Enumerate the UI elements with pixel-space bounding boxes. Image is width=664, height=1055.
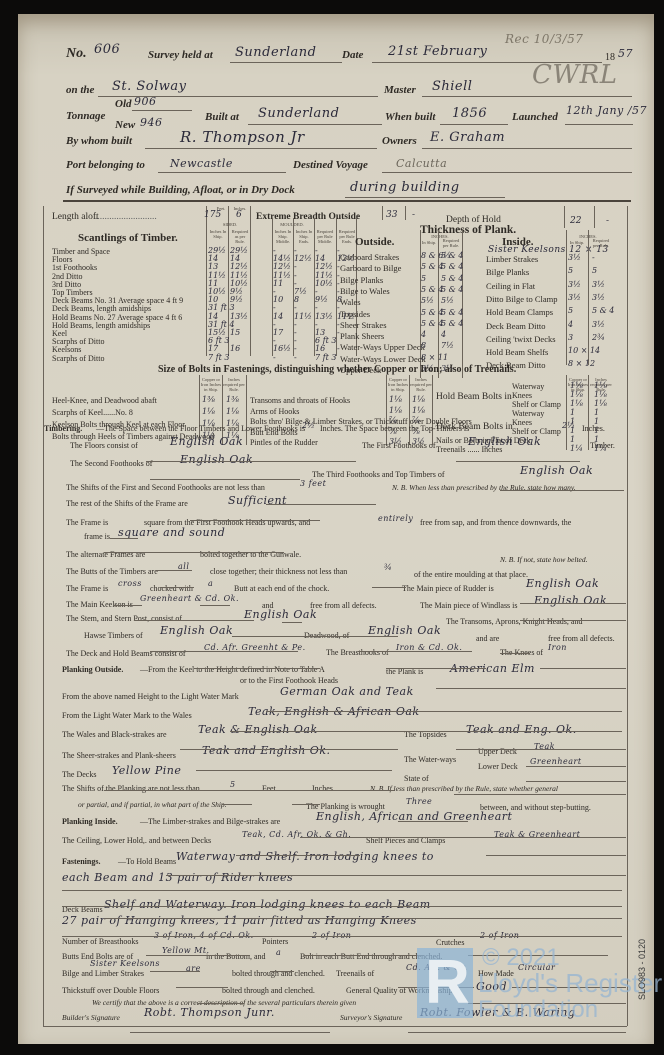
outside-plank-rule: 4 bbox=[441, 330, 446, 339]
inside-plank-ship: 8 × 12 bbox=[568, 359, 595, 368]
text: in the Bottom, and bbox=[206, 952, 266, 961]
text: close together; their thickness not less… bbox=[210, 567, 347, 576]
text: Treenails of bbox=[336, 969, 374, 978]
bolt-ship: 1⅛ bbox=[570, 390, 583, 399]
destined-voyage-value: Calcutta bbox=[396, 157, 447, 170]
sheer-value: Teak and English Ok. bbox=[202, 744, 331, 757]
text: Lower Deck bbox=[478, 762, 518, 771]
text: —The Space between the Floor Timbers and… bbox=[96, 424, 305, 433]
bolt-label: Pintles of the Rudder bbox=[250, 438, 318, 447]
bolt-label: Shelf or Clamp bbox=[512, 400, 561, 409]
column-header: Inches In Ship. Ends. bbox=[294, 229, 314, 244]
outside-plank-label: Garboard to Bilge bbox=[340, 263, 401, 273]
inside-plank-ship: 3½ bbox=[568, 253, 581, 262]
column-header: Required as per Rule. bbox=[230, 229, 250, 244]
knees-value: Iron bbox=[548, 643, 567, 652]
text: of the entire moulding at that place. bbox=[414, 570, 528, 579]
decks-value: Yellow Pine bbox=[112, 764, 181, 777]
master-label: Master bbox=[384, 84, 416, 96]
breadth-feet: 33 bbox=[386, 210, 397, 220]
text: The Frame is bbox=[66, 584, 108, 593]
text: frame is bbox=[84, 532, 110, 541]
text: Surveyor's Signature bbox=[340, 1013, 402, 1022]
outside-plank-label: Bilge to Wales bbox=[340, 286, 390, 296]
text: a bbox=[276, 948, 281, 957]
text: The Water-ways bbox=[404, 755, 456, 764]
main-keelson-value: Greenheart & Cd. Ok. bbox=[140, 594, 239, 603]
inside-plank-ship: 3½ bbox=[568, 280, 581, 289]
text: free from sap, and from thence downwards… bbox=[420, 518, 571, 527]
text: a bbox=[208, 579, 213, 588]
text: The First Foothooks of bbox=[362, 441, 436, 450]
deck-beams-value-2: 27 pair of Hanging knees, 11 pair fitted… bbox=[62, 914, 417, 927]
planking-outside-heading: Planking Outside. bbox=[62, 665, 123, 674]
scantlings-title: Scantlings of Timber. bbox=[78, 232, 178, 244]
date-label: Date bbox=[342, 49, 363, 61]
inside-plank-rule: 3½ bbox=[592, 293, 605, 302]
shifts-feet-value: 5 bbox=[230, 780, 236, 789]
note: N. B. If less than prescribed by the Rul… bbox=[370, 784, 558, 793]
inside-plank-rule: - bbox=[592, 253, 595, 262]
launched-label: Launched bbox=[512, 111, 558, 123]
text: Inches. bbox=[582, 424, 605, 433]
outside-title: Outside. bbox=[355, 236, 394, 248]
outside-plank-label: Garboard Strakes bbox=[340, 252, 399, 262]
planking-inside-heading: Planking Inside. bbox=[62, 817, 118, 826]
outside-plank-rule: 5 & 4 bbox=[441, 262, 463, 271]
bolts-title: Size of Bolts in Fastenings, distinguish… bbox=[158, 364, 516, 375]
tonnage-new-value: 946 bbox=[140, 116, 163, 129]
inside-plank-label: Ditto Bilge to Clamp bbox=[486, 294, 558, 304]
rest-shifts-value: Sufficient bbox=[228, 494, 287, 507]
moulded-header: MOULDED. bbox=[262, 222, 322, 227]
on-the-label: on the bbox=[66, 84, 94, 96]
column-header: Required per Rule Ends. bbox=[337, 229, 357, 244]
scantling-value: 7 ft 3 bbox=[315, 353, 336, 362]
master-value: Shiell bbox=[432, 79, 472, 94]
text: and are bbox=[476, 634, 499, 643]
surveyed-while-value: during building bbox=[350, 180, 460, 195]
text: The Shifts of the First and Second Footh… bbox=[66, 483, 265, 492]
shifts-value: 3 feet bbox=[300, 479, 326, 488]
text: The Second Foothooks of bbox=[70, 459, 152, 468]
inside-plank-rule: 5 bbox=[592, 266, 597, 275]
inside-plank-ship: 3½ bbox=[568, 293, 581, 302]
text: chocked with bbox=[150, 584, 193, 593]
text: Butt at each end of the chock. bbox=[234, 584, 329, 593]
timbering-heading: Timbering. bbox=[44, 424, 82, 433]
text: —From the Keel to the Height defined in … bbox=[140, 665, 325, 674]
outside-plank-label: Water-Ways Lower Deck bbox=[340, 354, 426, 364]
first-foothooks-value: English Oak bbox=[468, 435, 541, 448]
owners-value: E. Graham bbox=[430, 130, 505, 145]
launched-value: 12th Jany /57 bbox=[566, 104, 647, 117]
text: Builder's Signature bbox=[62, 1013, 120, 1022]
surveyed-while-label: If Surveyed while Building, Afloat, or i… bbox=[66, 184, 295, 196]
scantling-label: Scarphs of Ditto bbox=[52, 354, 104, 363]
outside-plank-rule: 7½ bbox=[441, 341, 454, 350]
hold-beam-bolts-label: Hold Beam Bolts in bbox=[436, 392, 512, 402]
column-header: Required per Rule Middle. bbox=[315, 229, 335, 244]
above-value: German Oak and Teak bbox=[280, 685, 414, 698]
column-header: Inches In Ship. bbox=[208, 229, 228, 239]
scantling-value: 7 ft 3 bbox=[208, 353, 229, 362]
hold-beams-value: Waterway and Shelf. Iron lodging knees t… bbox=[176, 850, 434, 863]
bolt-ship: 1⅛ bbox=[389, 395, 402, 404]
inside-plank-ship: 5 bbox=[568, 306, 573, 315]
bolt-label: Waterway bbox=[512, 409, 544, 418]
butt-bolts-value: Yellow Mt. bbox=[162, 946, 210, 955]
bolt-label: Waterway bbox=[512, 382, 544, 391]
toptimber-space-value: 2½ bbox=[562, 421, 575, 430]
watermark-org-name: Lloyd's Register bbox=[478, 968, 662, 999]
topsides-value: Teak and Eng. Ok. bbox=[466, 723, 577, 736]
when-built-value: 1856 bbox=[452, 106, 487, 121]
bolt-rule: 1⅛ bbox=[594, 399, 607, 408]
inside-plank-rule: 3½ bbox=[592, 280, 605, 289]
text: Feet bbox=[262, 784, 276, 793]
text: The Main piece of Windlass is bbox=[420, 601, 518, 610]
text: Inches. The Space between the Top-Timber… bbox=[320, 424, 469, 433]
floors-value: English Oak bbox=[170, 435, 243, 448]
scantling-value: 16 bbox=[230, 344, 240, 353]
inside-plank-ship: 10 × 14 bbox=[568, 346, 600, 355]
scantling-value: - bbox=[273, 353, 276, 362]
third-foothooks-value: English Oak bbox=[520, 464, 593, 477]
sided-header: SIDED. bbox=[212, 222, 248, 227]
second-foothooks-value: English Oak bbox=[180, 453, 253, 466]
bilge-note: Sister Keelsons bbox=[90, 959, 160, 968]
bolt-ship: 1⅜ bbox=[202, 395, 215, 404]
text: bolted through and clenched. bbox=[222, 986, 315, 995]
outside-plank-rule: 5 & 4 bbox=[441, 274, 463, 283]
bolt-rule: 1⅛ bbox=[594, 390, 607, 399]
date-value: 21st February bbox=[388, 44, 487, 59]
tonnage-label: Tonnage bbox=[66, 110, 105, 122]
inside-plank-label: Hold Beam Clamps bbox=[486, 307, 553, 317]
outside-plank-ship: 4 bbox=[421, 330, 426, 339]
text: Thickstuff over Double Floors bbox=[62, 986, 159, 995]
inside-plank-label: Deck Beam Ditto bbox=[486, 321, 545, 331]
ship-name: St. Solway bbox=[112, 79, 187, 94]
watermark-foundation: Foundation bbox=[478, 996, 598, 1024]
text: Inches. bbox=[312, 784, 335, 793]
owners-label: Owners bbox=[382, 135, 417, 147]
scantling-value: 15 bbox=[230, 328, 240, 337]
length-aloft-label: Length aloft bbox=[52, 212, 99, 222]
depth-inches: - bbox=[606, 216, 609, 226]
bolt-ship: 1 bbox=[570, 408, 575, 417]
text: The Third Foothooks and Top Timbers of bbox=[312, 470, 444, 479]
bolt-rule: 1⅛ bbox=[412, 395, 425, 404]
survey-number: 606 bbox=[94, 42, 120, 57]
text: The Frame is bbox=[66, 518, 108, 527]
depth-feet: 22 bbox=[570, 216, 581, 226]
text: State of bbox=[404, 774, 429, 783]
text: entirely bbox=[378, 514, 413, 523]
outside-plank-rule: 5 & 4 bbox=[441, 285, 463, 294]
bolt-label: Heel-Knee, and Deadwood abaft bbox=[52, 396, 157, 405]
text: The Breasthooks of bbox=[326, 648, 389, 657]
breadth-inches: - bbox=[412, 210, 415, 220]
text: The rest of the Shifts of the Frame are bbox=[66, 499, 188, 508]
bolt-label: Transoms and throats of Hooks bbox=[250, 396, 350, 405]
length-inches: 6 bbox=[236, 210, 242, 220]
bolt-rule: 1⅜ bbox=[226, 395, 239, 404]
port-value: Newcastle bbox=[170, 157, 233, 170]
text: free from all defects. bbox=[310, 601, 377, 610]
note: N. B. If not, state how belted. bbox=[500, 555, 588, 564]
outside-plank-label: Bilge Planks bbox=[340, 275, 383, 285]
outside-plank-ship: 5½ bbox=[421, 296, 434, 305]
inside-plank-label: Limber Strakes bbox=[486, 254, 538, 264]
bolt-rule: 1⅛ bbox=[226, 407, 239, 416]
bolt-ship: 1 bbox=[570, 435, 575, 444]
lloyds-register-logo: R bbox=[417, 948, 473, 1018]
inside-plank-ship: 5 bbox=[568, 266, 573, 275]
bolt-label: Knees bbox=[512, 391, 532, 400]
hold-beams-value-2: each Beam and 13 pair of Rider knees bbox=[62, 871, 293, 884]
outside-plank-rule: 5 & 4 bbox=[441, 319, 463, 328]
bolt-label: Arms of Hooks bbox=[250, 407, 299, 416]
built-at-value: Sunderland bbox=[258, 106, 339, 121]
outside-plank-rule: 5½ bbox=[441, 296, 454, 305]
scantling-value: - bbox=[294, 353, 297, 362]
outside-plank-label: Sheer Strakes bbox=[340, 320, 387, 330]
initials-annotation: CWRL bbox=[532, 60, 617, 90]
text: The Floors consist of bbox=[70, 441, 138, 450]
text: Pointers bbox=[262, 937, 288, 946]
text: Hawse Timbers of bbox=[84, 631, 143, 640]
note: or partial, and if partial, in what part… bbox=[78, 800, 227, 809]
outside-plank-rule: 5 & 4 bbox=[441, 251, 463, 260]
butts-thickness-value: ¾ bbox=[384, 563, 392, 572]
bolt-ship: 1⅛ bbox=[202, 407, 215, 416]
text: free from all defects. bbox=[548, 634, 615, 643]
text: The Butts of the Timbers are bbox=[66, 567, 158, 576]
outside-plank-ship: 8 × 11 bbox=[421, 353, 448, 362]
text: The Decks bbox=[62, 770, 96, 779]
fastenings-heading: Fastenings. bbox=[62, 857, 100, 866]
chocked-value: cross bbox=[118, 579, 142, 588]
number-label: No. bbox=[66, 46, 87, 62]
text: The Main piece of Rudder is bbox=[402, 584, 494, 593]
text: The Shifts of the Planking are not less … bbox=[62, 784, 200, 793]
outside-plank-ship: 8 bbox=[421, 341, 426, 350]
inside-plank-label: Ceiling in Flat bbox=[486, 281, 535, 291]
bolt-ship: 1⅛ bbox=[570, 399, 583, 408]
year-value: 57 bbox=[618, 47, 633, 60]
built-at-label: Built at bbox=[205, 111, 239, 123]
text: Number of Breasthooks bbox=[62, 937, 138, 946]
year-prefix: 18 bbox=[605, 52, 615, 63]
tonnage-old-label: Old bbox=[115, 98, 132, 110]
text: From the above named Height to the Light… bbox=[62, 692, 239, 701]
inside-plank-label: Ceiling 'twixt Decks bbox=[486, 334, 556, 344]
inside-plank-rule: 3½ bbox=[592, 320, 605, 329]
wales-value: Teak & English Oak bbox=[198, 723, 318, 736]
bolt-rule: 1⅛ bbox=[594, 381, 607, 390]
bolt-label: Scarphs of Keel......No. 8 bbox=[52, 408, 133, 417]
text: The Wales and Black-strakes are bbox=[62, 730, 167, 739]
inside-plank-label: Hold Beam Shelfs bbox=[486, 347, 548, 357]
when-built-label: When built bbox=[385, 111, 435, 123]
destined-voyage-label: Destined Voyage bbox=[293, 159, 368, 171]
by-whom-built-label: By whom built bbox=[66, 135, 132, 147]
windlass-value: English Oak bbox=[534, 594, 607, 607]
inside-plank-rule: 5 & 4 bbox=[592, 306, 614, 315]
outside-plank-ship: 5 bbox=[421, 274, 426, 283]
inside-plank-label: Bilge Planks bbox=[486, 267, 529, 277]
text: or to the First Foothook Heads bbox=[240, 676, 338, 685]
rudder-value: English Oak bbox=[526, 577, 599, 590]
bolt-label: Knees bbox=[512, 418, 532, 427]
text: The Ceiling, Lower Hold,. and between De… bbox=[62, 836, 211, 845]
outside-plank-rule: 5 & 4 bbox=[441, 308, 463, 317]
text: —To Hold Beams bbox=[118, 857, 176, 866]
text: Bilge and Limber Strakes bbox=[62, 969, 144, 978]
builder-signature: Robt. Thompson Junr. bbox=[144, 1006, 275, 1019]
wrought-value: Three bbox=[406, 797, 432, 806]
note: N. B. When less than prescribed by the R… bbox=[392, 483, 576, 492]
outside-plank-label: Water-Ways Upper Deck bbox=[340, 342, 425, 352]
inside-plank-ship: 4 bbox=[568, 320, 573, 329]
text: —The Limber-strakes and Bilge-strakes ar… bbox=[140, 817, 280, 826]
bolt-rule: 1⅛ bbox=[412, 406, 425, 415]
bolt-rule: 1 bbox=[594, 408, 599, 417]
outside-plank-label: Plank Sheers bbox=[340, 331, 384, 341]
text: The Sheer-strakes and Plank-sheers bbox=[62, 751, 176, 760]
reference-code: SLO983 - 0120 bbox=[637, 939, 647, 1000]
outside-plank-label: Wales bbox=[340, 297, 361, 307]
upper-deck-value: Teak bbox=[534, 742, 555, 751]
received-annotation: Rec 10/3/57 bbox=[505, 32, 583, 46]
tonnage-old-value: 906 bbox=[134, 95, 157, 108]
lower-deck-value: Greenheart bbox=[530, 757, 582, 766]
by-whom-built-value: R. Thompson Jr bbox=[180, 128, 305, 146]
text: Timber. bbox=[590, 441, 615, 450]
inside-plank-rule: 2¾ bbox=[592, 333, 605, 342]
deck-beams-value: Shelf and Waterway. Iron lodging knees t… bbox=[104, 898, 431, 911]
port-label: Port belonging to bbox=[66, 159, 145, 171]
bolt-ship: 1⅛ bbox=[570, 381, 583, 390]
column-header: Inches In Ship. Middle. bbox=[273, 229, 293, 244]
survey-held-label: Survey held at bbox=[148, 49, 213, 61]
floor-space-value: 2½ bbox=[302, 421, 315, 430]
bolt-ship: 1¼ bbox=[570, 444, 583, 453]
text: From the Light Water Mark to the Wales bbox=[62, 711, 192, 720]
inside-plank-ship: 3 bbox=[568, 333, 573, 342]
tonnage-new-label: New bbox=[115, 119, 135, 131]
length-feet: 175 bbox=[204, 210, 221, 220]
bolt-ship: 1⅛ bbox=[389, 406, 402, 415]
text: Crutches bbox=[436, 938, 464, 947]
survey-held-value: Sunderland bbox=[235, 45, 316, 60]
hawse-value: English Oak bbox=[160, 624, 233, 637]
stem-value: English Oak bbox=[244, 608, 317, 621]
outside-plank-label: Topsides bbox=[340, 309, 370, 319]
